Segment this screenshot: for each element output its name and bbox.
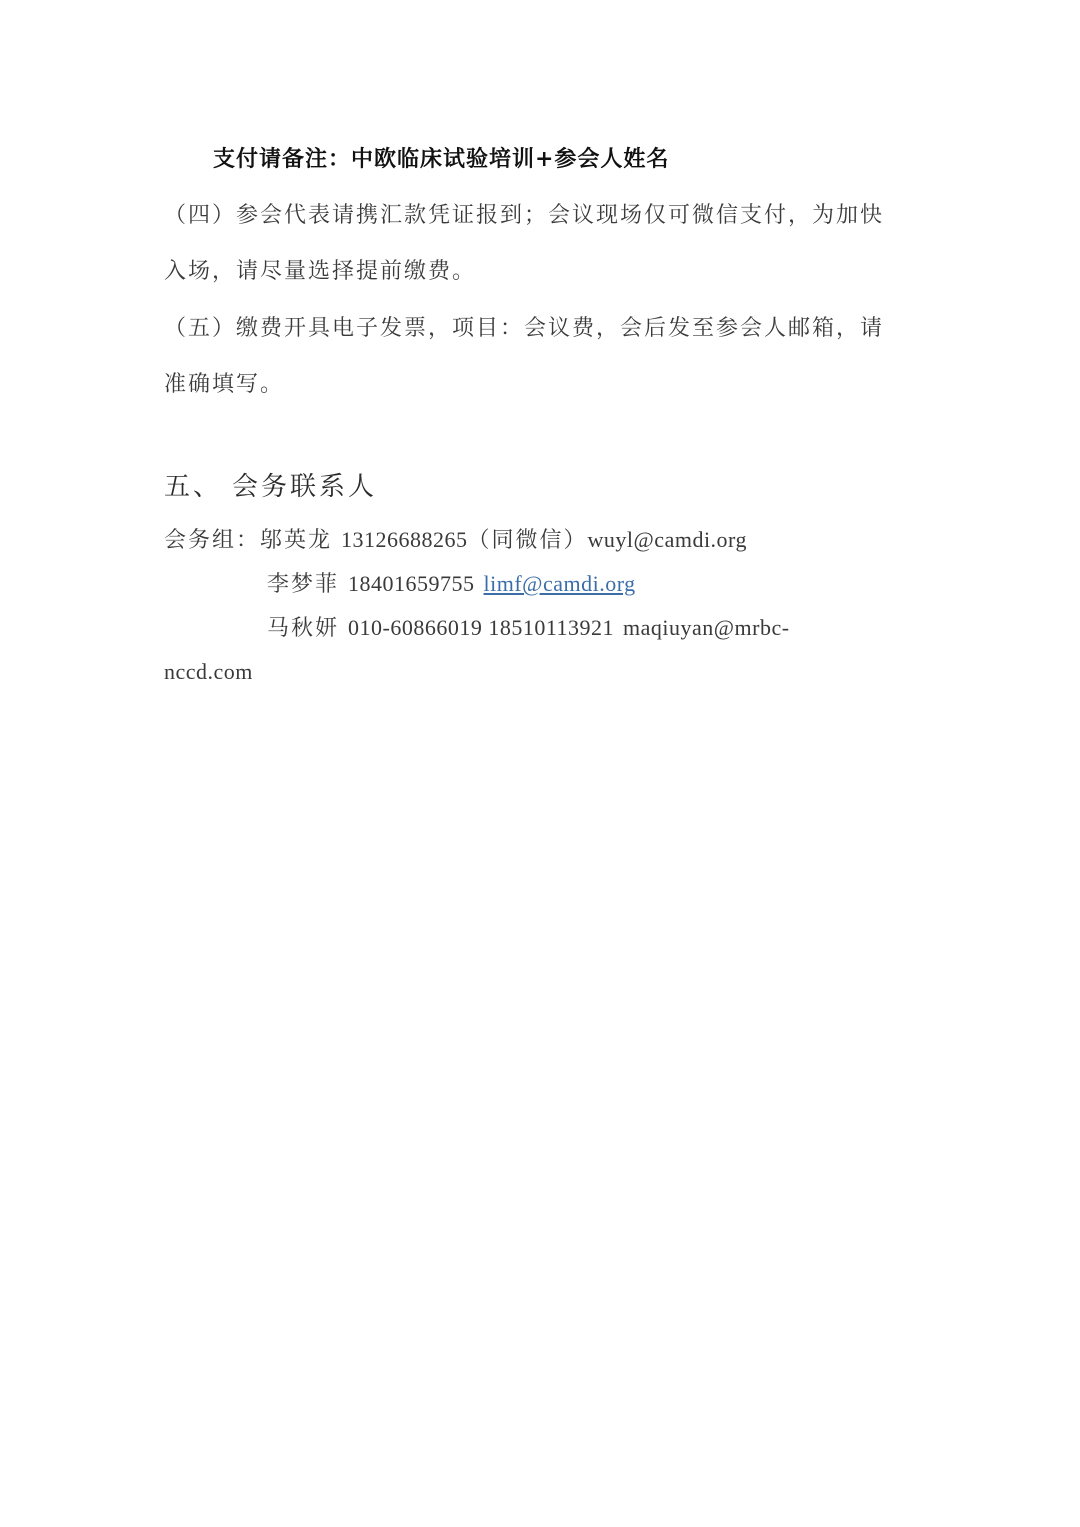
section-heading: 五、会务联系人: [164, 470, 377, 504]
contact-phone: 010-60866019 18510113921: [348, 615, 614, 640]
item-five-line-1: （五）缴费开具电子发票，项目：会议费，会后发至参会人邮箱，请: [164, 314, 884, 344]
contact-note: （同微信）: [468, 528, 588, 553]
contact-row-3: 马秋妍 010-60866019 18510113921 maqiuyan@mr…: [267, 613, 790, 644]
payment-note: 支付请备注：中欧临床试验培训+参会人姓名: [213, 144, 669, 174]
contact-name: 李梦菲: [267, 572, 339, 597]
item-four-line-2: 入场，请尽量选择提前缴费。: [164, 257, 476, 287]
section-title: 会务联系人: [232, 472, 377, 502]
item-five-line-2: 准确填写。: [164, 370, 284, 400]
contact-row-1: 会务组：邬英龙 13126688265（同微信）wuyl@camdi.org: [164, 525, 747, 556]
contact-group-label: 会务组：: [164, 528, 260, 553]
contact-phone: 18401659755: [348, 571, 475, 596]
contact-email: wuyl@camdi.org: [588, 527, 747, 552]
contact-email-continued: nccd.com: [164, 657, 253, 687]
section-number: 五、: [164, 472, 222, 502]
contact-phone: 13126688265: [341, 527, 468, 552]
item-four-line-1: （四）参会代表请携汇款凭证报到；会议现场仅可微信支付，为加快: [164, 201, 884, 231]
contact-row-2: 李梦菲 18401659755 limf@camdi.org: [267, 569, 636, 600]
contact-name: 邬英龙: [260, 528, 332, 553]
contact-email-link[interactable]: limf@camdi.org: [484, 571, 636, 596]
contact-email: maqiuyan@mrbc-: [623, 615, 790, 640]
contact-name: 马秋妍: [267, 616, 339, 641]
